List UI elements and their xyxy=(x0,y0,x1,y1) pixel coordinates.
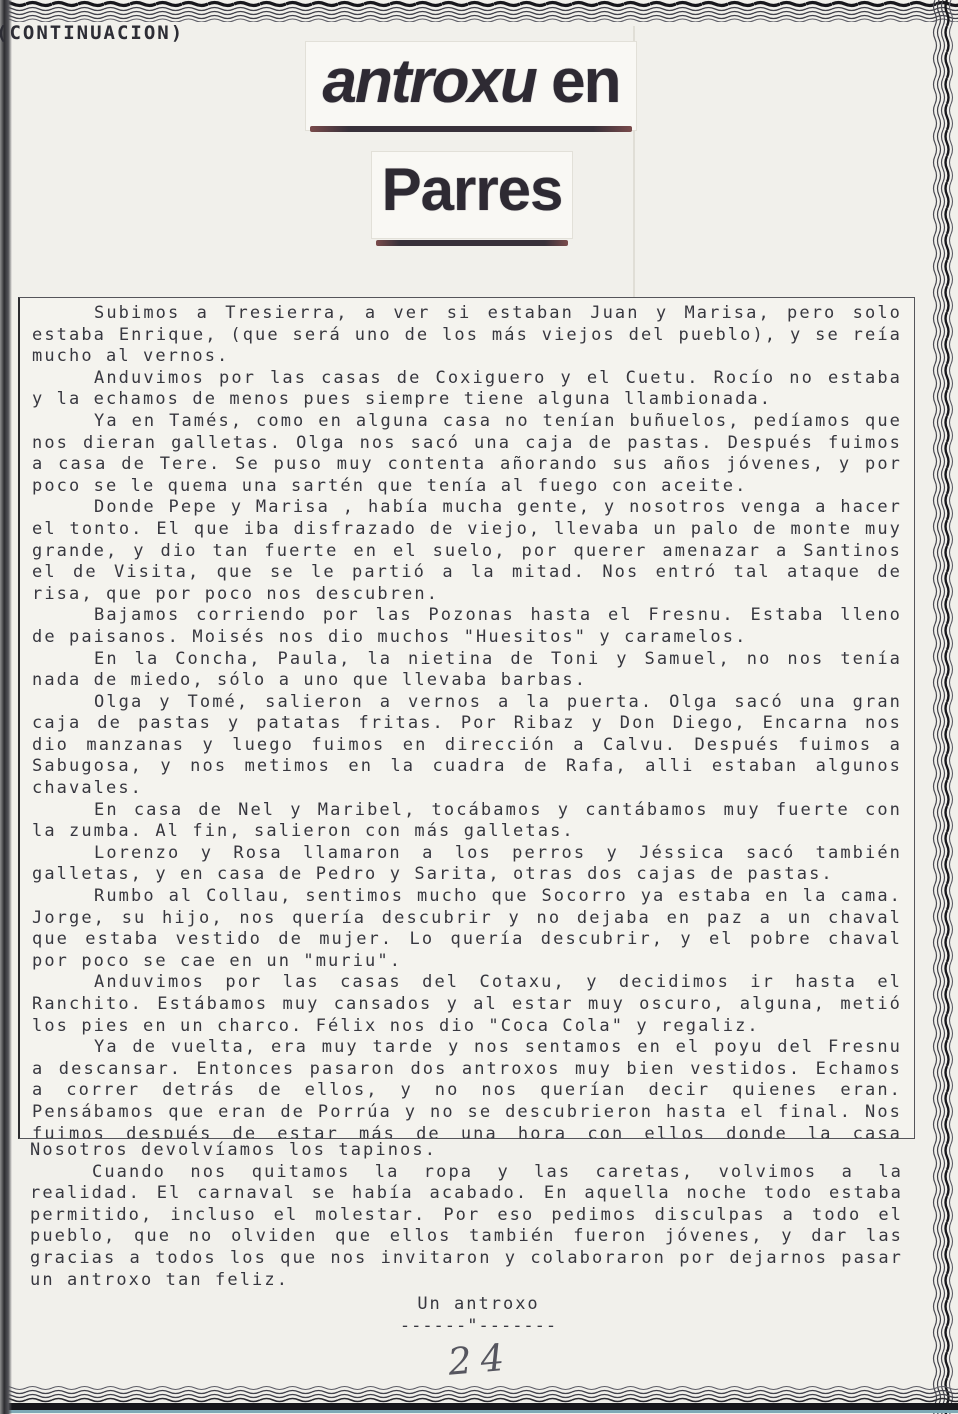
article-paragraph: Lorenzo y Rosa llamaron a los perros y J… xyxy=(32,843,902,886)
continuation-label: (CONTINUACION) xyxy=(0,22,184,44)
title-clipping-1: antroxu en xyxy=(306,42,636,130)
article-paragraph: Subimos a Tresierra, a ver si estaban Ju… xyxy=(32,303,902,368)
title-underline-2 xyxy=(376,240,568,246)
right-wavy-border xyxy=(930,0,956,1414)
title-word-en: en xyxy=(551,47,619,116)
bottom-wavy-border xyxy=(0,1384,958,1414)
article-paragraph: Rumbo al Collau, sentimos mucho que Soco… xyxy=(32,886,902,972)
signature-text: Un antroxo xyxy=(30,1294,927,1314)
article-title-line2: Parres xyxy=(372,152,572,228)
article-paragraph: Bajamos corriendo por las Pozonas hasta … xyxy=(32,605,902,648)
page-spine-shadow xyxy=(0,0,12,1414)
article-continued: Nosotros devolvíamos los tapinos. Cuando… xyxy=(18,1140,915,1291)
article-frame: Subimos a Tresierra, a ver si estaban Ju… xyxy=(18,297,915,1139)
scanned-page: (CONTINUACION) antroxu en Parres Subimos… xyxy=(0,0,958,1414)
top-wavy-border xyxy=(0,0,958,22)
article-paragraph: Donde Pepe y Marisa , había mucha gente,… xyxy=(32,497,902,605)
article-paragraph: Ya de vuelta, era muy tarde y nos sentam… xyxy=(32,1037,902,1139)
article-paragraph: Cuando nos quitamos la ropa y las careta… xyxy=(30,1162,903,1292)
article-paragraph: Nosotros devolvíamos los tapinos. xyxy=(30,1140,903,1162)
article-paragraph: Olga y Tomé, salieron a vernos a la puer… xyxy=(32,692,902,800)
article-signature-block: Un antroxo ------"------- xyxy=(30,1294,927,1336)
signature-rule: ------"------- xyxy=(30,1316,927,1336)
title-underline-1 xyxy=(310,126,632,132)
article-title-line1: antroxu en xyxy=(306,42,636,122)
article-paragraph: Anduvimos por las casas de Coxiguero y e… xyxy=(32,368,902,411)
article-paragraph: Anduvimos por las casas del Cotaxu, y de… xyxy=(32,972,902,1037)
title-word-antroxu: antroxu xyxy=(323,47,536,116)
article-paragraph: En casa de Nel y Maribel, tocábamos y ca… xyxy=(32,800,902,843)
title-clipping-2: Parres xyxy=(372,152,572,238)
article-paragraph: En la Concha, Paula, la nietina de Toni … xyxy=(32,649,902,692)
article-paragraph: Ya en Tamés, como en alguna casa no tení… xyxy=(32,411,902,497)
page-number: 24 xyxy=(446,1335,515,1384)
